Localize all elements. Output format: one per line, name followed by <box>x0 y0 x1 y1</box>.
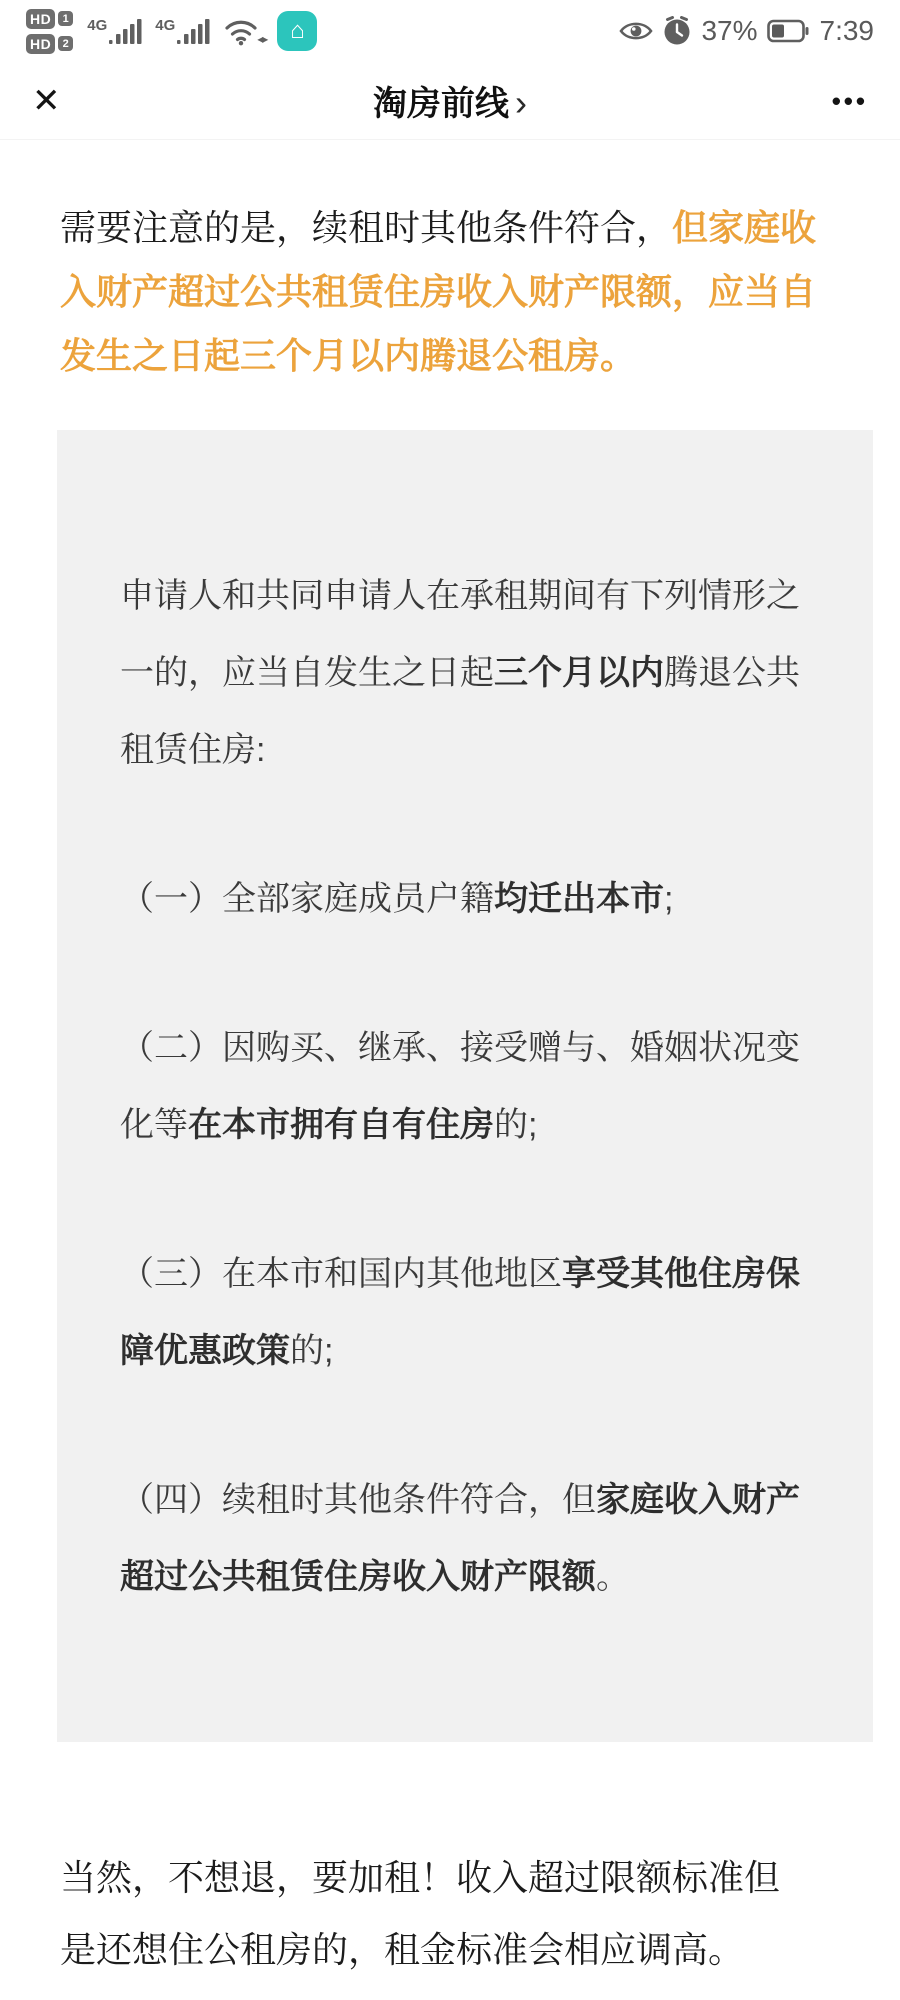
home-glyph: ⌂ <box>290 19 305 43</box>
text-run-bold: 均迁出本市 <box>494 880 664 918</box>
status-bar-left: HD 1 HD 2 4G 4G <box>26 9 317 54</box>
text-run-normal: （一）全部家庭成员户籍 <box>120 880 494 918</box>
hd1-number: 1 <box>58 11 73 26</box>
battery-icon <box>767 19 809 43</box>
wifi-icon: ◂▸ <box>223 16 267 46</box>
quote-paragraph: （二）因购买、继承、接受赠与、婚姻状况变化等在本市拥有自有住房的; <box>120 1010 810 1164</box>
page-title[interactable]: 淘房前线› <box>0 76 900 125</box>
more-menu-icon[interactable]: ••• <box>832 88 868 114</box>
signal-4g-icon-2: 4G <box>155 16 211 46</box>
intro-paragraph: 需要注意的是，续租时其他条件符合，但家庭收入财产超过公共租赁住房收入财产限额，应… <box>60 196 832 388</box>
hd-badges: HD 1 HD 2 <box>26 9 73 54</box>
quote-paragraph: 申请人和共同申请人在承租期间有下列情形之一的，应当自发生之日起三个月以内腾退公共… <box>120 558 810 789</box>
network-label-1: 4G <box>87 18 107 33</box>
signal-bars-icon <box>177 16 211 46</box>
signal-bars-icon <box>109 16 143 46</box>
text-run-normal: 的; <box>494 1106 537 1144</box>
quote-box: 申请人和共同申请人在承租期间有下列情形之一的，应当自发生之日起三个月以内腾退公共… <box>57 430 873 1742</box>
alarm-clock-icon <box>662 16 692 46</box>
battery-percent: 37% <box>701 15 757 47</box>
outro-paragraph: 当然，不想退，要加租！收入超过限额标准但是还想住公租房的，租金标准会相应调高。 <box>60 1842 802 1986</box>
hd1-label: HD <box>26 9 55 29</box>
nav-bar: ✕ 淘房前线› ••• <box>0 62 900 140</box>
text-run-bold: 三个月以内 <box>494 654 664 692</box>
eye-icon <box>619 19 653 43</box>
smart-home-app-icon: ⌂ <box>277 11 317 51</box>
hd2-number: 2 <box>58 36 73 51</box>
clock-time: 7:39 <box>820 15 875 47</box>
status-bar-right: 37% 7:39 <box>619 15 874 47</box>
hd2-badge: HD 2 <box>26 34 73 54</box>
status-bar: HD 1 HD 2 4G 4G <box>0 0 900 62</box>
hd2-label: HD <box>26 34 55 54</box>
close-icon[interactable]: ✕ <box>32 84 61 118</box>
chevron-right-icon: › <box>515 82 527 123</box>
wifi-transfer-arrows-icon: ◂▸ <box>257 33 267 45</box>
network-label-2: 4G <box>155 18 175 33</box>
text-run-normal: 。 <box>596 1558 630 1596</box>
signal-4g-icon-1: 4G <box>87 16 143 46</box>
quote-paragraph: （三）在本市和国内其他地区享受其他住房保障优惠政策的; <box>120 1236 810 1390</box>
text-run-normal: 需要注意的是，续租时其他条件符合， <box>60 207 672 248</box>
page-title-text: 淘房前线 <box>373 85 509 123</box>
text-run-normal: ; <box>664 880 673 918</box>
text-run-normal: （四）续租时其他条件符合，但 <box>120 1481 596 1519</box>
quote-paragraph: （一）全部家庭成员户籍均迁出本市; <box>120 861 810 938</box>
text-run-normal: （三）在本市和国内其他地区 <box>120 1255 562 1293</box>
text-run-normal: 的; <box>290 1332 333 1370</box>
text-run-normal: 当然，不想退，要加租！收入超过限额标准但是还想住公租房的，租金标准会相应调高。 <box>60 1857 780 1970</box>
text-run-bold: 在本市拥有自有住房 <box>188 1106 494 1144</box>
hd1-badge: HD 1 <box>26 9 73 29</box>
quote-paragraph: （四）续租时其他条件符合，但家庭收入财产超过公共租赁住房收入财产限额。 <box>120 1462 810 1616</box>
